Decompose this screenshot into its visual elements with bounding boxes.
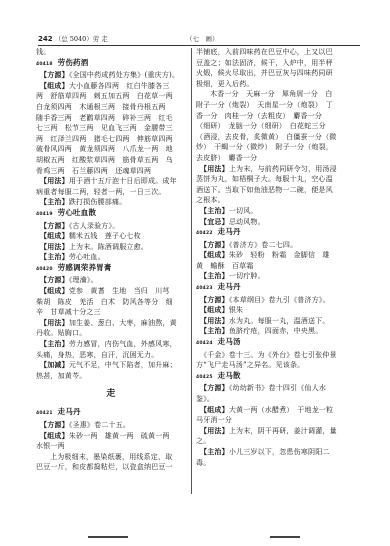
field-line: 【用法】水为丸。每服一丸，温酒送下。: [196, 316, 352, 327]
field-line: 【主治】一切风。: [196, 206, 352, 217]
field-label: 【主治】: [200, 206, 229, 215]
field-text: 党参 黄耆 生地 当归 川芎: [69, 287, 170, 295]
entry-number: 40423: [196, 286, 213, 291]
entry-number: 40422: [196, 231, 213, 236]
field-line: 【方源】《理瀹》。: [36, 275, 186, 286]
field-line: 【方源】《圣惠》卷二十五。: [36, 420, 186, 431]
field-line: 【用法】加生姜、葱白、大枣，麻油熬，黄: [36, 318, 186, 329]
entry-title: 走马汤: [218, 337, 241, 346]
text-line: 蒸饼为丸，如梧桐子大。每服十丸，空心温: [196, 174, 352, 185]
field-label: 【方源】: [200, 240, 229, 249]
entry-heading: 40419劳心吐血散: [36, 208, 186, 221]
entry-number: 40418: [36, 62, 53, 67]
entry-number: 40419: [36, 212, 53, 217]
field-label: 【用法】: [40, 318, 69, 327]
text-line: 两 红泽兰四两 猪毛七四两 伸筋草四两: [36, 134, 186, 145]
field-line: 【宜忌】忌动风物。: [196, 217, 352, 228]
field-line: 【主治】一切疔肿。: [196, 271, 352, 282]
text-line: 巴豆一斤，和皮都捣粘烂，以瓷盒纳巴豆一: [36, 462, 186, 473]
field-text: 鱼脐疔疮，四面赤，中央黑。: [229, 327, 323, 335]
entry-title: 劳伤药酒: [58, 58, 89, 67]
field-text: 加生姜、葱白、大枣，麻油熬，黄: [69, 319, 177, 327]
field-line: 【组成】朱砂 轻粉 粉霜 金脚信 雄: [196, 250, 352, 261]
field-label: 【组成】: [40, 431, 69, 440]
left-column: 钱。40418劳伤药酒【方源】《全国中药成药处方集》(重庆方)。【组成】大小血藤…: [36, 47, 186, 473]
field-text: 糯米五钱 莲子心七枚: [69, 232, 141, 240]
field-line: 【用法】上为末。陈酒调服立愈。: [36, 242, 186, 253]
field-line: 【方源】《幼幼新书》卷十四引《仙人水: [196, 383, 352, 394]
text-line: 钱。: [36, 47, 186, 58]
text-line: 炒） 干蝎一分（微炒） 附子一分（炮裂，: [196, 142, 352, 153]
field-text: 《理瀹》。: [69, 276, 98, 284]
field-label: 【组成】: [40, 231, 69, 240]
entry-heading: 40418劳伤药酒: [36, 58, 186, 71]
field-line: 【方源】《古人录验方》。: [36, 221, 186, 232]
entry-heading: 40425走马散: [196, 371, 352, 384]
text-line: 香一分 肉桂一分（去粗皮） 麝香一分: [196, 111, 352, 122]
text-line: （酒浸，去皮骨，炙微黄） 白僵蚕一分（微: [196, 132, 352, 143]
field-text: 《圣惠》卷二十五。: [69, 421, 130, 429]
entry-number: 40420: [36, 267, 53, 272]
field-line: 【加减】元气不足，中气下陷者，加升麻；: [36, 360, 186, 371]
field-label: 【组成】: [200, 305, 229, 314]
field-text: 水为丸。每服一丸，温酒送下。: [229, 317, 330, 325]
field-line: 【方源】《本草纲目》卷九引《普济方》。: [196, 295, 352, 306]
text-line: 极细，更入后药。: [196, 79, 352, 90]
text-line: 胡椒五两 红酸浆草四两 筋骨草五两 乌: [36, 155, 186, 166]
entry-heading: 40420劳感调荣养胃膏: [36, 263, 186, 276]
text-line: 七三两 松节三两 见血飞三两 金腰带三: [36, 123, 186, 134]
text-line: 热甚，加黄芩。: [36, 371, 186, 382]
scan-artifact: [88, 536, 128, 538]
text-line: 马牙消一分: [196, 415, 352, 426]
text-line: 骨鸡三两 石兰藤四两 还魂草四两: [36, 166, 186, 177]
field-label: 【主治】: [200, 271, 229, 280]
text-line: 木香一分 天麻一分 犀角屑一分 白: [196, 89, 352, 100]
scan-artifact: [270, 536, 300, 538]
field-label: 【用法】: [40, 242, 69, 251]
field-label: 【方源】: [200, 295, 229, 304]
text-line: 上为极细末，墨染纸裹，用线系定，取: [36, 452, 186, 463]
text-line: 辛 甘草减十分之三: [36, 307, 186, 318]
text-line: 酒送下。当取下如鱼油恶物一二碗，便是风: [196, 185, 352, 196]
field-label: 【用法】: [200, 164, 229, 173]
field-text: 一切疔肿。: [229, 272, 265, 280]
field-line: 【组成】糯米五钱 莲子心七枚: [36, 231, 186, 242]
field-line: 【组成】大小血藤各四两 红白牛膝各三: [36, 81, 186, 92]
text-line: 水银一两: [36, 441, 186, 452]
text-line: 鉴》。: [196, 394, 352, 405]
field-label: 【方源】: [40, 70, 69, 79]
text-line: 豆盖之；如法固济，候干，入炉中，用半秤: [196, 58, 352, 69]
text-line: 半铺底，入前四味药在巴豆中心，上又以巴: [196, 47, 352, 58]
field-text: 《千金》卷十三。为《外台》卷七引张仲景: [200, 351, 337, 359]
column-divider: [191, 48, 192, 494]
text-line: 头痛，身热，恶寒，自汗，沉困无力。: [36, 350, 186, 361]
field-label: 【主治】: [200, 326, 229, 335]
field-text: 朱砂一两 雄黄一两 硫黄一两: [69, 432, 170, 440]
text-line: 柴胡 陈皮 羌活 白术 防风各等分 细: [36, 297, 186, 308]
field-text: 小儿三岁以下，忽患伤寒阴阳二: [229, 448, 330, 456]
field-label: 【组成】: [200, 250, 229, 259]
field-line: 【用法】上为末，阴干再研，姜汁调灌，量: [196, 426, 352, 437]
field-label: 【加减】: [40, 360, 69, 369]
field-text: 劳力感冒，内伤气血，外感风寒，: [69, 340, 177, 348]
text-line: 之根本。: [196, 195, 352, 206]
entry-heading: 40421走马丹: [36, 407, 186, 420]
entry-number: 40424: [196, 341, 213, 346]
entry-heading: 40424走马汤: [196, 337, 352, 350]
entry-title: 走马散: [218, 371, 241, 380]
field-label: 【方源】: [40, 275, 69, 284]
field-line: 【组成】大黄一两（水醋煮） 干地龙一粒: [196, 405, 352, 416]
field-text: 上为末，阴干再研，姜汁调灌，量: [229, 427, 337, 435]
text-line: 黄 蟾酥 百草霜: [196, 261, 352, 272]
header-section-text: （总 5040）劳 走: [55, 35, 108, 43]
field-label: 【主治】: [40, 339, 69, 348]
text-line: 随手香三两 老鹳草四两 碎补三两 红毛: [36, 113, 186, 124]
page-header: 242 （总 5040）劳 走 （七 画）: [38, 33, 360, 46]
field-label: 【方源】: [40, 420, 69, 429]
header-left: 242 （总 5040）劳 走: [38, 33, 108, 45]
field-label: 【方源】: [200, 383, 229, 392]
right-column: 半铺底，入前四味药在巴豆中心，上又以巴豆盖之；如法固济，候干，入炉中，用半秤火煅…: [196, 47, 352, 468]
field-label: 【组成】: [40, 286, 69, 295]
field-line: 《千金》卷十三。为《外台》卷七引张仲景: [196, 350, 352, 361]
field-label: 【方源】: [40, 221, 69, 230]
field-line: 【主治】小儿三岁以下，忽患伤寒阴阳二: [196, 447, 352, 458]
field-line: 【方源】《全国中药成药处方集》(重庆方)。: [36, 70, 186, 81]
field-text: 《普济方》卷二七四。: [229, 241, 298, 249]
field-label: 【组成】: [40, 81, 69, 90]
text-line: 火煅，候火尽取出，并巴豆灰与四味药同研: [196, 68, 352, 79]
field-label: 【用法】: [200, 426, 229, 435]
header-stroke-count: （七 画）: [186, 33, 219, 45]
entry-heading: 40423走马丹: [196, 282, 352, 295]
section-character: 走: [36, 383, 186, 405]
field-text: 《本草纲目》卷九引《普济方》。: [229, 296, 330, 304]
field-line: 【方源】《普济方》卷二七四。: [196, 240, 352, 251]
text-line: 之。: [196, 436, 352, 447]
text-line: 白龙须四两 木通根三两 接骨丹根五两: [36, 102, 186, 113]
field-text: 大小血藤各四两 红白牛膝各三: [69, 82, 170, 90]
field-line: 【组成】党参 黄耆 生地 当归 川芎: [36, 286, 186, 297]
field-text: 用于酒十五斤泡十日后即成。成年: [69, 177, 177, 185]
text-line: 丹收。贴胸口。: [36, 328, 186, 339]
entry-number: 40421: [36, 411, 53, 416]
field-label: 【主治】: [40, 197, 69, 206]
text-line: 去皮脐） 麝香一分: [196, 153, 352, 164]
field-text: 上为末，与前药同研令匀，用汤浸: [229, 165, 337, 173]
entry-heading: 40422走马丹: [196, 227, 352, 240]
entry-title: 走马丹: [218, 227, 241, 236]
field-label: 【用法】: [40, 176, 69, 185]
field-label: 【宜忌】: [200, 217, 229, 226]
field-label: 【用法】: [200, 316, 229, 325]
entry-number: 40425: [196, 375, 213, 380]
entry-title: 劳感调荣养胃膏: [58, 263, 112, 272]
field-text: 银朱: [229, 306, 243, 314]
field-text: 元气不足，中气下陷者，加升麻；: [69, 361, 177, 369]
field-line: 【主治】劳心吐血。: [36, 252, 186, 263]
field-text: 朱砂 轻粉 粉霜 金脚信 雄: [229, 251, 330, 259]
field-label: 【主治】: [200, 447, 229, 456]
text-line: 毒。: [196, 458, 352, 469]
field-label: 【组成】: [200, 405, 229, 414]
field-text: 一切风。: [229, 207, 258, 215]
field-text: 忌动风物。: [229, 218, 265, 226]
field-line: 【组成】朱砂一两 雄黄一两 硫黄一两: [36, 431, 186, 442]
text-line: 两 舒筋草四两 刺五加五两 白花草一两: [36, 91, 186, 102]
field-text: 《古人录验方》。: [69, 222, 120, 230]
field-text: 劳心吐血。: [69, 253, 105, 261]
field-text: 上为末。陈酒调服立愈。: [69, 243, 148, 251]
field-text: 跌打损伤腰部痛。: [69, 198, 127, 206]
text-line: 方“飞尸走马汤”之异名。见该条。: [196, 360, 352, 371]
field-line: 【主治】跌打损伤腰部痛。: [36, 197, 186, 208]
field-line: 【组成】银朱: [196, 305, 352, 316]
field-line: 【用法】上为末，与前药同研令匀，用汤浸: [196, 164, 352, 175]
text-line: 病重者每服二两，轻者一两，一日三次。: [36, 187, 186, 198]
field-line: 【主治】鱼脐疔疮，四面赤，中央黑。: [196, 326, 352, 337]
field-text: 《幼幼新书》卷十四引《仙人水: [229, 384, 326, 392]
field-text: 《全国中药成药处方集》(重庆方)。: [69, 71, 179, 79]
field-text: 大黄一两（水醋煮） 干地龙一粒: [229, 406, 334, 414]
text-line: 破骨风四两 黄龙须四两 八爪龙一两 地: [36, 144, 186, 155]
page-number: 242: [38, 35, 53, 43]
entry-title: 劳心吐血散: [58, 208, 97, 217]
entry-title: 走马丹: [218, 282, 241, 291]
text-line: 附子一分（炮裂） 天南星一分（炮裂） 丁: [196, 100, 352, 111]
entry-title: 走马丹: [58, 407, 81, 416]
field-label: 【主治】: [40, 252, 69, 261]
field-line: 【用法】用于酒十五斤泡十日后即成。成年: [36, 176, 186, 187]
field-line: 【主治】劳力感冒，内伤气血，外感风寒，: [36, 339, 186, 350]
text-line: （细研） 龙脑一分（细研） 白花蛇三分: [196, 121, 352, 132]
